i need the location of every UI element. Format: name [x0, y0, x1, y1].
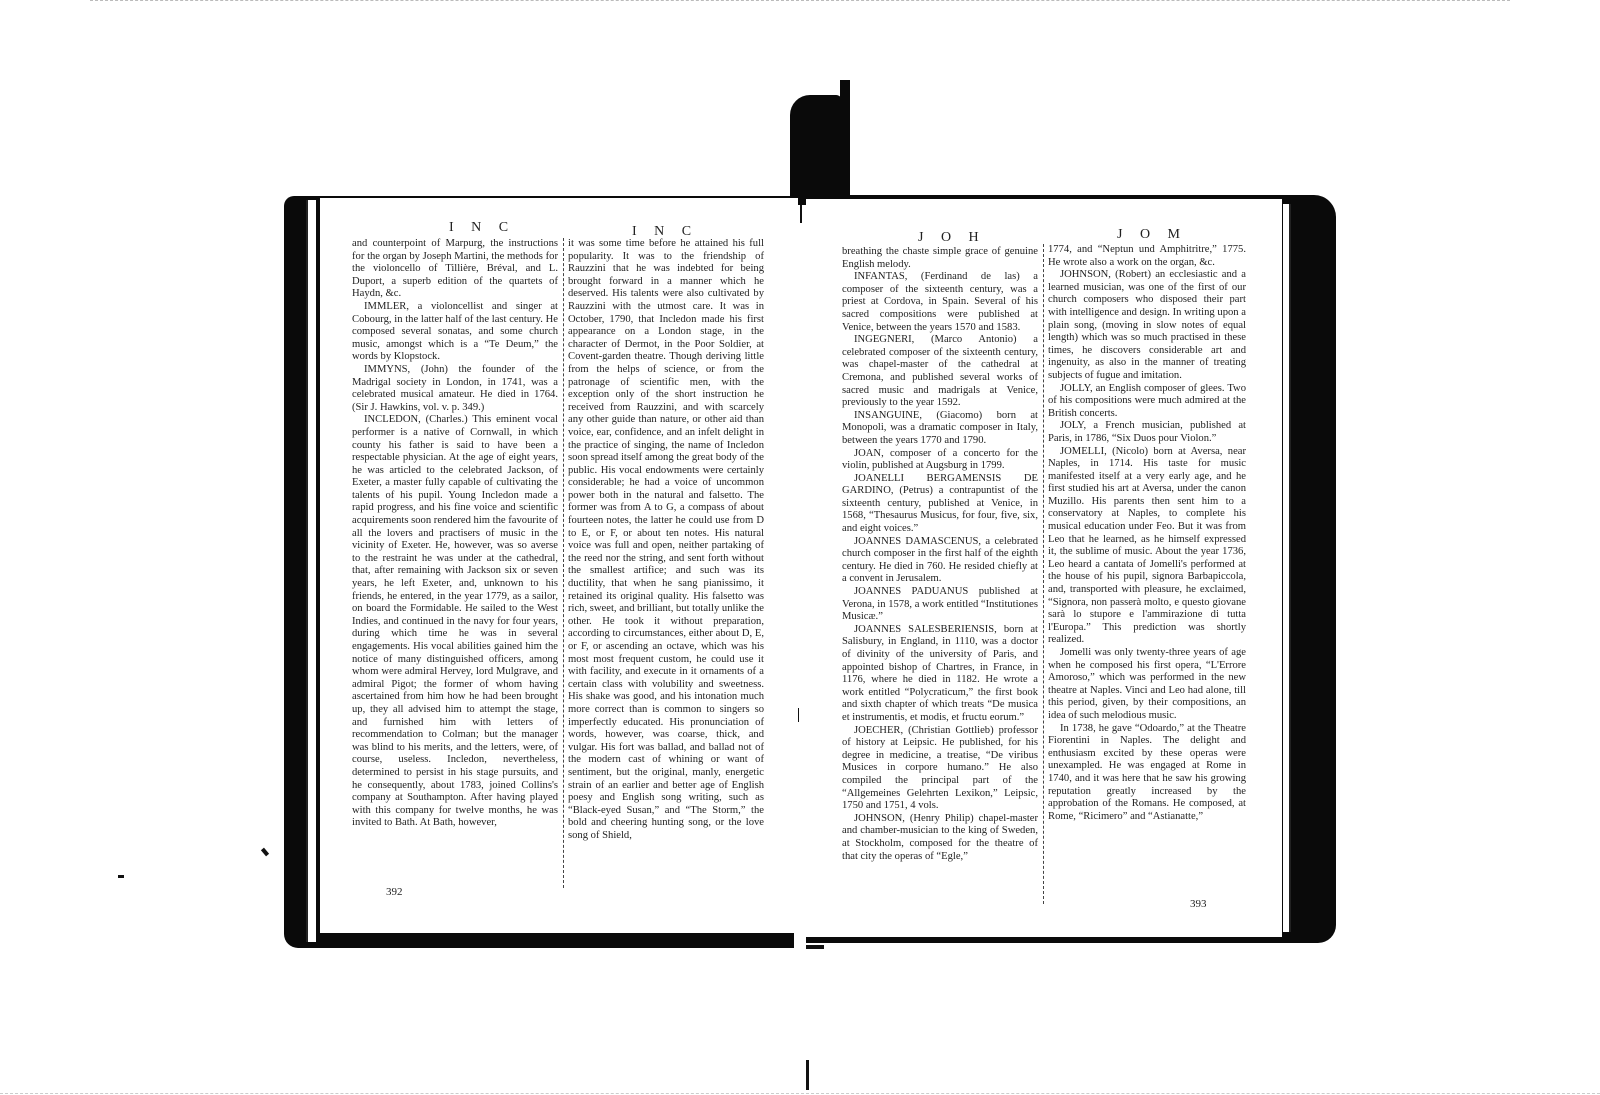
- article-paragraph: JOLY, a French musician, published at Pa…: [1048, 420, 1246, 445]
- article-paragraph: In 1738, he gave “Odoardo,” at the Theat…: [1048, 723, 1246, 824]
- scan-top-edge: [90, 0, 1510, 2]
- article-paragraph: INGEGNERI, (Marco Antonio) a celebrated …: [842, 334, 1038, 410]
- page-number: 392: [386, 886, 403, 898]
- book-spine-shadow: [790, 95, 842, 205]
- article-paragraph: JOMELLI, (Nicolo) born at Aversa, near N…: [1048, 446, 1246, 648]
- article-paragraph: JOANNES DAMASCENUS, a celebrated church …: [842, 536, 1038, 586]
- article-paragraph: INCLEDON, (Charles.) This eminent vocal …: [352, 414, 558, 830]
- article-paragraph: JOANNES SALESBERIENSIS, born at Salisbur…: [842, 624, 1038, 725]
- scan-speck: [800, 205, 802, 223]
- text-column-right-1: breathing the chaste simple grace of gen…: [842, 246, 1038, 863]
- scan-speck: [806, 945, 824, 949]
- article-paragraph: INFANTAS, (Ferdinand de las) a composer …: [842, 271, 1038, 334]
- article-paragraph: IMMLER, a violoncellist and singer at Co…: [352, 301, 558, 364]
- article-paragraph: JOLLY, an English composer of glees. Two…: [1048, 383, 1246, 421]
- text-column-left-1: and counterpoint of Marpurg, the instruc…: [352, 238, 558, 830]
- text-column-left-2: it was some time before he attained his …: [568, 238, 764, 843]
- scan-speck: [806, 1060, 809, 1090]
- article-paragraph: IMMYNS, (John) the founder of the Madrig…: [352, 364, 558, 414]
- article-paragraph: JOAN, composer of a concerto for the vio…: [842, 448, 1038, 473]
- article-paragraph: it was some time before he attained his …: [568, 238, 764, 843]
- page-edge-left: [306, 200, 316, 942]
- article-paragraph: JOECHER, (Christian Gottlieb) professor …: [842, 725, 1038, 813]
- scan-speck: [261, 848, 269, 857]
- article-paragraph: JOHNSON, (Henry Philip) chapel-master an…: [842, 813, 1038, 863]
- running-head: I N C: [449, 220, 515, 236]
- text-column-right-2: 1774, and “Neptun und Amphitritre,” 1775…: [1048, 244, 1246, 823]
- article-paragraph: JOHNSON, (Robert) an ecclesiastic and a …: [1048, 269, 1246, 382]
- scan-speck: [118, 875, 124, 878]
- book-spine-edge: [840, 80, 850, 210]
- article-paragraph: JOANELLI BERGAMENSIS DE GARDINO, (Petrus…: [842, 473, 1038, 536]
- article-paragraph: JOANNES PADUANUS published at Verona, in…: [842, 586, 1038, 624]
- article-paragraph: Jomelli was only twenty-three years of a…: [1048, 647, 1246, 723]
- article-paragraph: INSANGUINE, (Giacomo) born at Monopoli, …: [842, 410, 1038, 448]
- column-rule: [1043, 244, 1044, 904]
- column-rule: [563, 238, 564, 888]
- article-paragraph: 1774, and “Neptun und Amphitritre,” 1775…: [1048, 244, 1246, 269]
- page-number: 393: [1190, 898, 1207, 910]
- page-edge-right: [1283, 204, 1291, 932]
- running-head: J O H: [918, 230, 986, 246]
- article-paragraph: and counterpoint of Marpurg, the instruc…: [352, 238, 558, 301]
- article-paragraph: breathing the chaste simple grace of gen…: [842, 246, 1038, 271]
- running-head: J O M: [1117, 227, 1187, 243]
